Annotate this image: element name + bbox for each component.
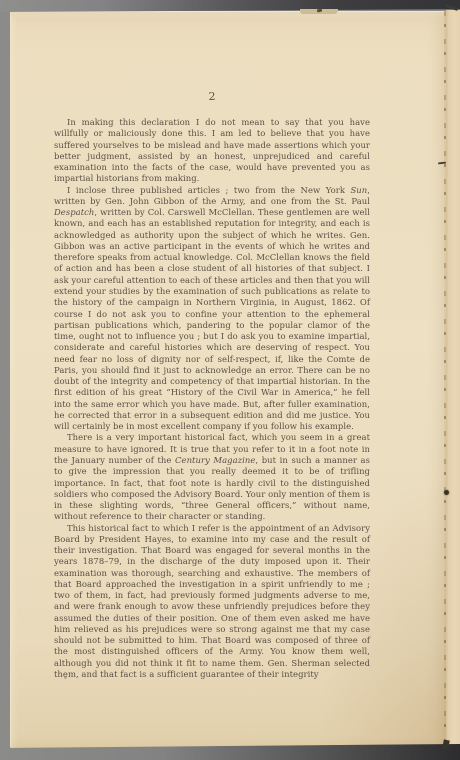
page-number: 2: [201, 90, 223, 103]
paragraph-2: I inclose three published articles ; two…: [54, 185, 370, 433]
page-fold-crease: [444, 11, 446, 750]
publication-title-sun: Sun: [350, 185, 367, 195]
crease-dot: [444, 490, 449, 495]
text-run: This historical fact to which I refer is…: [54, 523, 370, 679]
paper-fiber-speck: [64, 676, 67, 679]
adjacent-page-edge: [446, 10, 460, 746]
text-run: I inclose three published articles ; two…: [67, 185, 350, 195]
page-text-block: In making this declaration I do not mean…: [54, 117, 370, 680]
publication-title-despatch: Despatch: [54, 207, 94, 217]
publication-title-century-magazine: Century Magazine: [175, 455, 255, 465]
paragraph-1: In making this declaration I do not mean…: [54, 117, 370, 185]
text-run: , written by Col. Carswell McClellan. Th…: [54, 207, 370, 431]
text-run: In making this declaration I do not mean…: [54, 117, 370, 183]
paragraph-3: There is a very important historical fac…: [54, 432, 370, 522]
document-page: 2 In making this declaration I do not me…: [10, 11, 446, 750]
paragraph-4: This historical fact to which I refer is…: [54, 523, 370, 681]
